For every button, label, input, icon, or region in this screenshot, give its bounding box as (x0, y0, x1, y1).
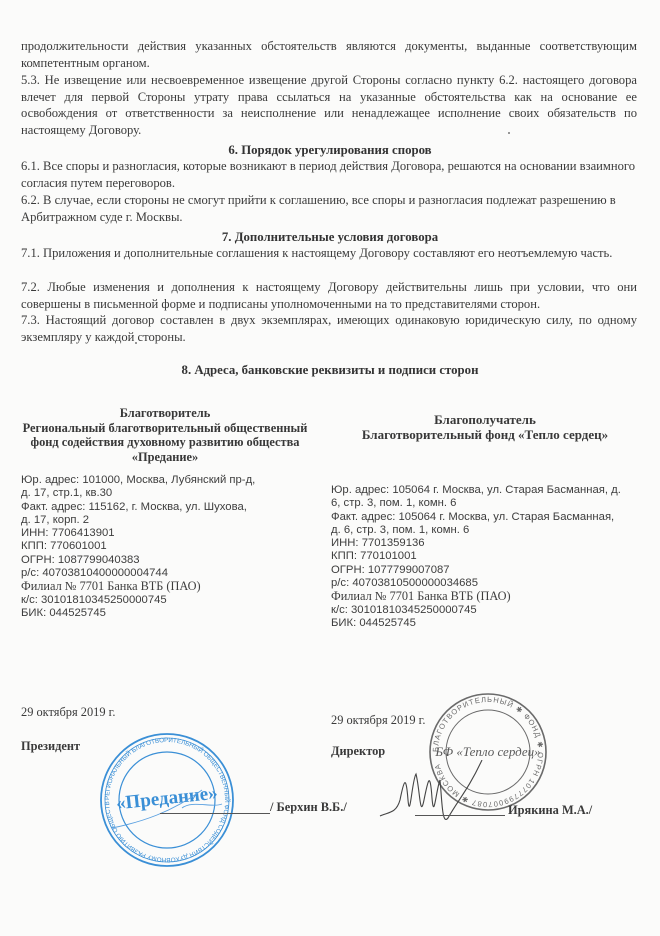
recipient-legal-address-1: Юр. адрес: 105064 г. Москва, ул. Старая … (331, 484, 651, 497)
scan-speck (135, 342, 137, 344)
recipient-signature-line (415, 815, 505, 816)
recipient-signer-name: Ирякина М.А./ (508, 803, 592, 818)
recipient-name-line1: Благотворительный фонд «Тепло сердец» (325, 427, 645, 442)
document-page: продолжительности действия указанных обс… (0, 0, 660, 936)
section-8-title: 8. Адреса, банковские реквизиты и подпис… (0, 362, 660, 378)
donor-actual-address-1: Факт. адрес: 115162, г. Москва, ул. Шухо… (21, 501, 321, 514)
donor-corr-account: к/с: 30101810345250000745 (21, 594, 321, 607)
recipient-header: Благополучатель Благотворительный фонд «… (325, 412, 645, 442)
donor-role-title: Благотворитель (20, 406, 310, 421)
donor-account: р/с: 40703810400000004744 (21, 567, 321, 580)
donor-name-line2: фонд содействия духовному развитию общес… (20, 435, 310, 450)
paragraph-5-3: 5.3. Не извещение или несвоевременное из… (21, 72, 637, 139)
paragraph-6-2: 6.2. В случае, если стороны не смогут пр… (21, 192, 637, 225)
recipient-corr-account: к/с: 30101810345250000745 (331, 604, 651, 617)
paragraph-7-3: 7.3. Настоящий договор составлен в двух … (21, 312, 637, 345)
donor-inn: ИНН: 7706413901 (21, 527, 321, 540)
recipient-signature-icon (378, 760, 498, 830)
paragraph-7-2: 7.2. Любые изменения и дополнения к наст… (21, 279, 637, 312)
scan-speck (508, 132, 510, 134)
recipient-position: Директор (331, 744, 385, 759)
recipient-actual-address-1: Факт. адрес: 105064 г. Москва, ул. Стара… (331, 511, 651, 524)
donor-details: Юр. адрес: 101000, Москва, Лубянский пр-… (21, 474, 321, 620)
donor-legal-address-1: Юр. адрес: 101000, Москва, Лубянский пр-… (21, 474, 321, 487)
section-6-title: 6. Порядок урегулирования споров (0, 142, 660, 158)
recipient-bik: БИК: 044525745 (331, 617, 651, 630)
recipient-ogrn: ОГРН: 1077799007087 (331, 564, 651, 577)
recipient-date: 29 октября 2019 г. (331, 713, 425, 728)
donor-position: Президент (21, 739, 80, 754)
donor-signer-name: / Берхин В.Б./ (270, 800, 347, 815)
recipient-kpp: КПП: 770101001 (331, 550, 651, 563)
paragraph-continuation: продолжительности действия указанных обс… (21, 38, 637, 71)
recipient-actual-address-2: д. 6, стр. 3, пом. 1, комн. 6 (331, 524, 651, 537)
donor-legal-address-2: д. 17, стр.1, кв.30 (21, 487, 321, 500)
recipient-role-title: Благополучатель (325, 412, 645, 427)
donor-actual-address-2: д. 17, корп. 2 (21, 514, 321, 527)
donor-name-line3: «Предание» (20, 450, 310, 465)
recipient-legal-address-2: 6, стр. 3, пом. 1, комн. 6 (331, 497, 651, 510)
donor-bik: БИК: 044525745 (21, 607, 321, 620)
section-7-title: 7. Дополнительные условия договора (0, 229, 660, 245)
donor-date: 29 октября 2019 г. (21, 705, 115, 720)
paragraph-7-1: 7.1. Приложения и дополнительные соглаше… (21, 245, 637, 262)
paragraph-6-1: 6.1. Все споры и разногласия, которые во… (21, 158, 637, 191)
svg-text:«Предание»: «Предание» (115, 783, 219, 815)
donor-header: Благотворитель Региональный благотворите… (20, 406, 310, 464)
recipient-details: Юр. адрес: 105064 г. Москва, ул. Старая … (331, 484, 651, 630)
recipient-account: р/с: 40703810500000034685 (331, 577, 651, 590)
donor-ogrn: ОГРН: 1087799040383 (21, 554, 321, 567)
recipient-inn: ИНН: 7701359136 (331, 537, 651, 550)
recipient-bank: Филиал № 7701 Банка ВТБ (ПАО) (331, 590, 651, 603)
donor-stamp-icon: РЕГИОНАЛЬНЫЙ БЛАГОТВОРИТЕЛЬНЫЙ ОБЩЕСТВЕН… (92, 730, 242, 870)
donor-bank: Филиал № 7701 Банка ВТБ (ПАО) (21, 580, 321, 593)
donor-signature-line (160, 813, 270, 814)
donor-name-line1: Региональный благотворительный обществен… (20, 421, 310, 436)
donor-kpp: КПП: 770601001 (21, 540, 321, 553)
svg-text:БФ «Тепло сердец»: БФ «Тепло сердец» (434, 744, 540, 759)
